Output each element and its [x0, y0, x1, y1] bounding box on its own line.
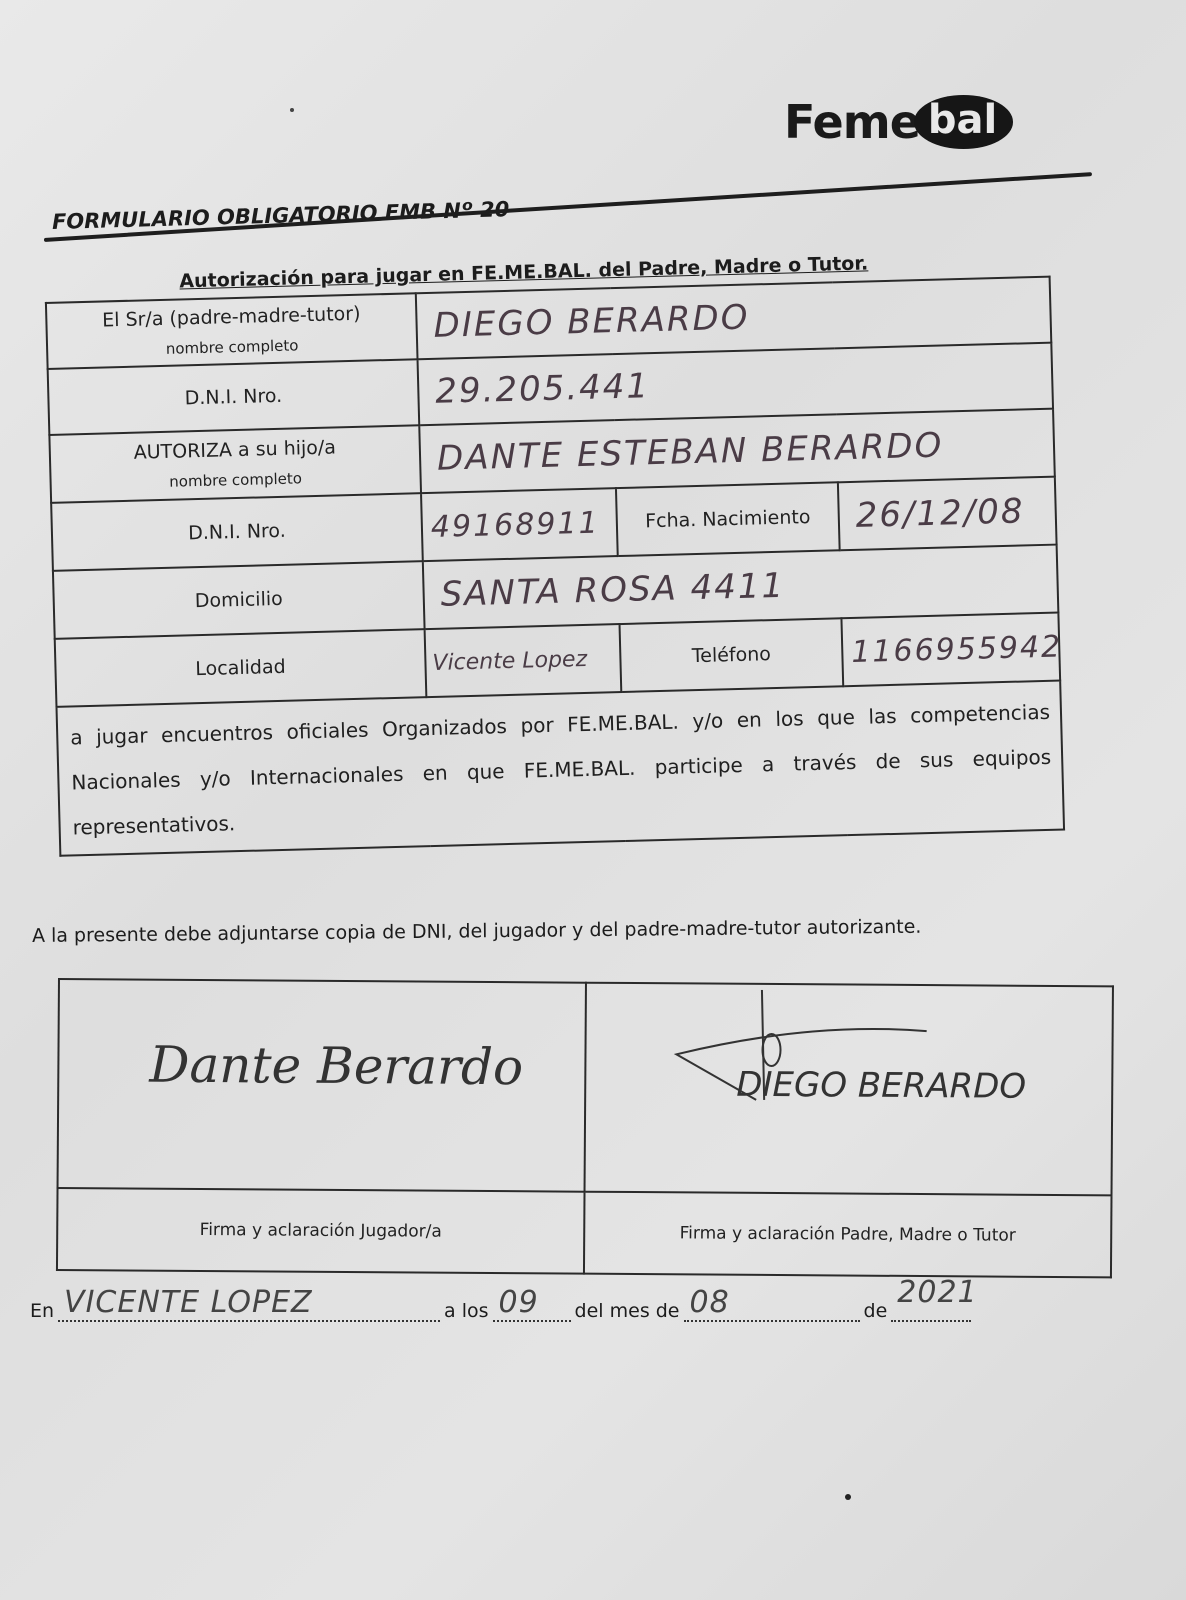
- authorization-text: a jugar encuentros oficiales Organizados…: [56, 681, 1064, 856]
- child-name-sublabel: nombre completo: [52, 466, 418, 494]
- parent-signature-field[interactable]: DIEGO BERARDO: [585, 983, 1113, 1196]
- parent-name-label: El Sr/a (padre-madre-tutor) nombre compl…: [46, 293, 418, 369]
- child-dni-field[interactable]: 49168911: [421, 488, 618, 561]
- locality-label: Localidad: [55, 629, 427, 707]
- address-label: Domicilio: [53, 561, 425, 639]
- place-date-line: En VICENTE LOPEZ a los 09 del mes de 08 …: [30, 1290, 1070, 1322]
- month-value: 08: [690, 1285, 730, 1320]
- child-dni-label: D.N.I. Nro.: [51, 493, 423, 571]
- phone-label: Teléfono: [620, 618, 844, 692]
- year-label: de: [864, 1300, 888, 1322]
- authorization-form: Autorización para jugar en FE.ME.BAL. de…: [44, 242, 1065, 857]
- en-label: En: [30, 1300, 54, 1322]
- logo-prefix: Feme: [784, 95, 920, 149]
- parent-name-label-text: El Sr/a (padre-madre-tutor): [102, 303, 361, 332]
- femebal-logo: Feme bal: [784, 92, 1013, 152]
- parent-signature-caption: Firma y aclaración Padre, Madre o Tutor: [584, 1192, 1112, 1278]
- month-label: del mes de: [575, 1300, 680, 1322]
- authorization-table: El Sr/a (padre-madre-tutor) nombre compl…: [45, 276, 1065, 857]
- day-value: 09: [499, 1285, 539, 1320]
- locality-field[interactable]: Vicente Lopez: [425, 624, 622, 697]
- signature-table: Dante Berardo DIEGO BERARDO Firma y acla…: [56, 978, 1114, 1278]
- parent-dni-label: D.N.I. Nro.: [48, 359, 420, 435]
- birth-date-field[interactable]: 26/12/08: [838, 477, 1057, 551]
- year-value: 2021: [897, 1275, 977, 1310]
- player-signature-field[interactable]: Dante Berardo: [58, 979, 586, 1192]
- logo-suffix: bal: [914, 95, 1013, 149]
- parent-name-sublabel: nombre completo: [49, 333, 415, 361]
- place-value: VICENTE LOPEZ: [64, 1285, 313, 1320]
- child-name-label-text: AUTORIZA a su hijo/a: [133, 436, 336, 463]
- month-field[interactable]: 08: [684, 1290, 860, 1322]
- parent-signature: DIEGO BERARDO: [736, 1065, 1026, 1107]
- signature-section: Dante Berardo DIEGO BERARDO Firma y acla…: [56, 978, 1114, 1278]
- phone-field[interactable]: 1166955942: [841, 613, 1060, 687]
- attachment-note: A la presente debe adjuntarse copia de D…: [32, 916, 922, 947]
- birth-date-label: Fcha. Nacimiento: [616, 482, 840, 556]
- day-field[interactable]: 09: [493, 1290, 571, 1322]
- paper-speck: [290, 108, 294, 112]
- player-signature-caption: Firma y aclaración Jugador/a: [57, 1188, 585, 1274]
- player-signature: Dante Berardo: [149, 1036, 523, 1097]
- year-field[interactable]: 2021: [891, 1290, 971, 1322]
- paper-mark: [845, 1494, 851, 1500]
- child-name-label: AUTORIZA a su hijo/a nombre completo: [49, 425, 421, 503]
- place-field[interactable]: VICENTE LOPEZ: [58, 1290, 440, 1322]
- day-label: a los: [444, 1300, 489, 1322]
